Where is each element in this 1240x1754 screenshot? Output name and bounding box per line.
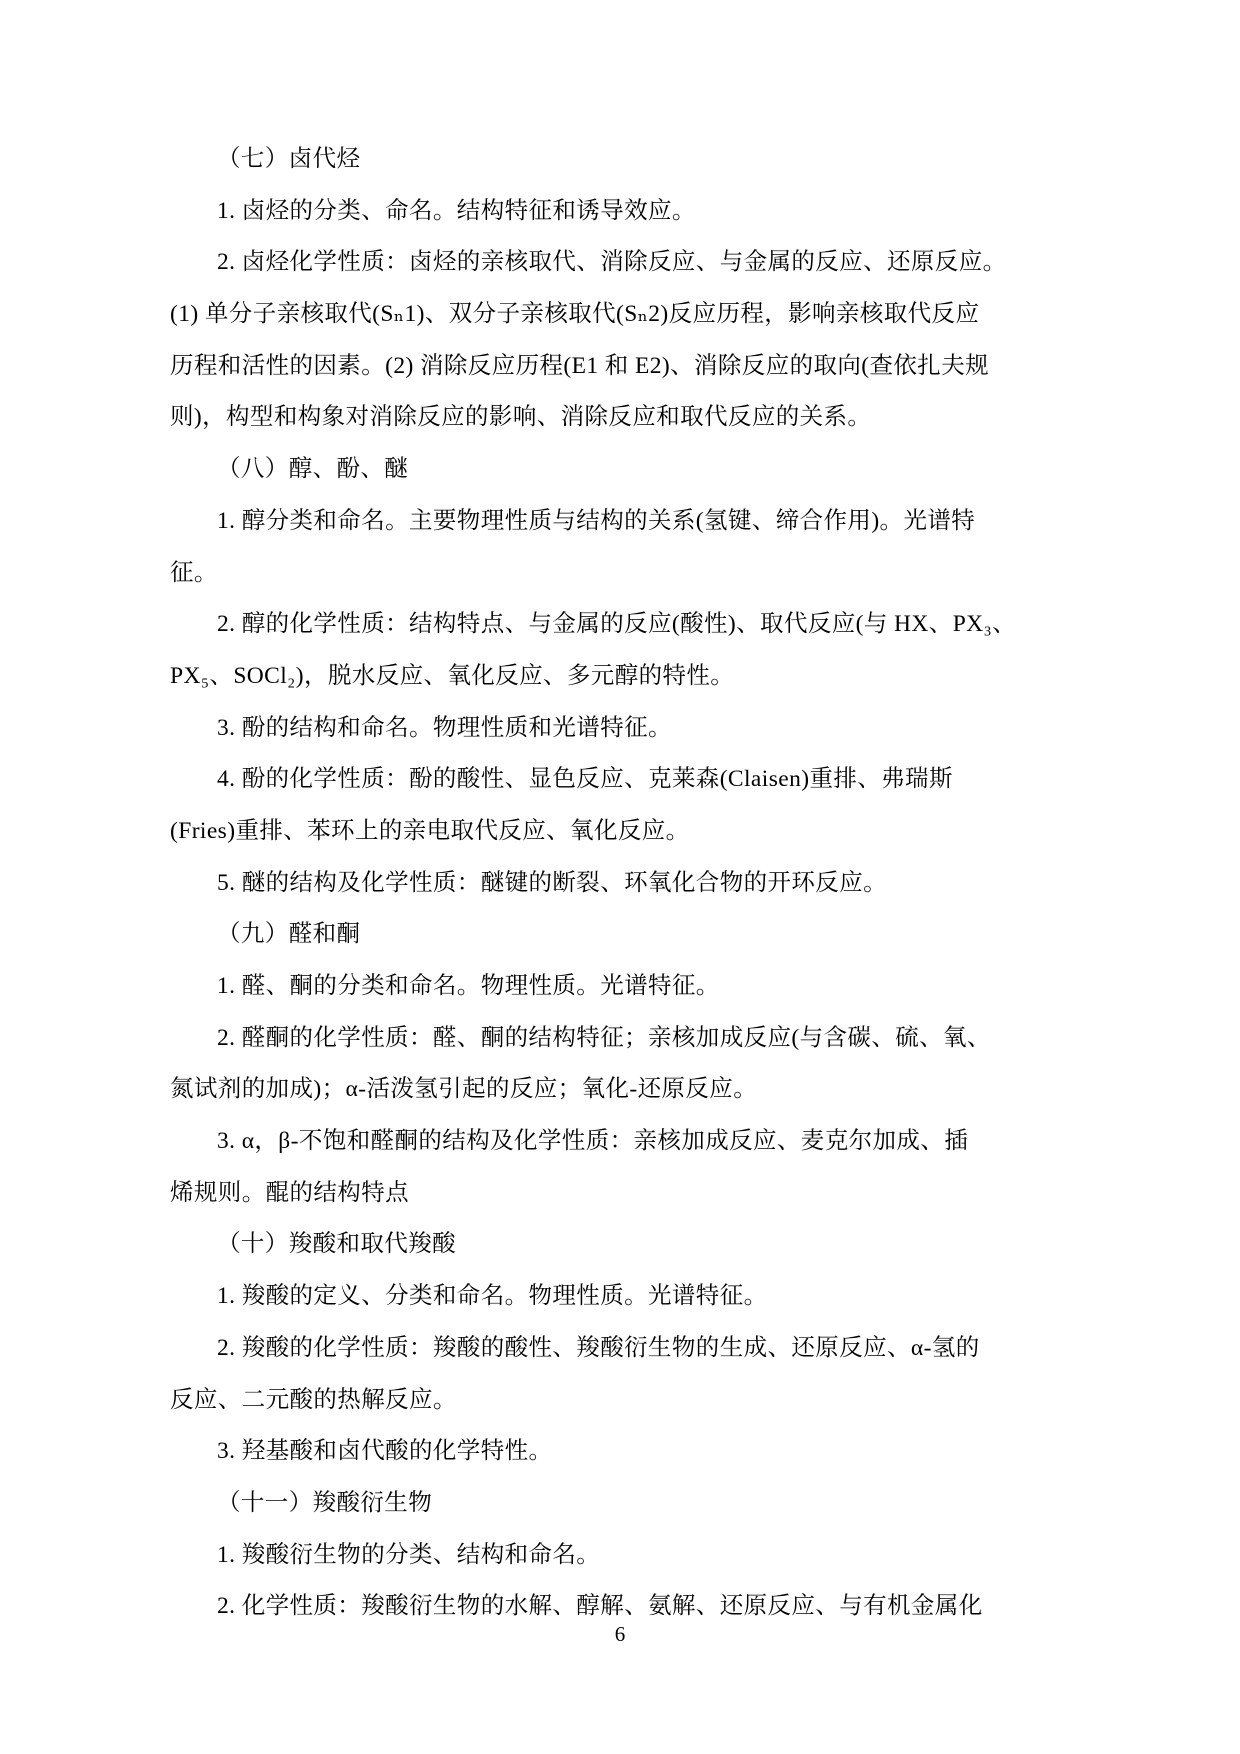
document-body: （七）卤代烃1. 卤烃的分类、命名。结构特征和诱导效应。2. 卤烃化学性质：卤烃…: [170, 134, 1090, 1633]
text-line: 征。: [170, 548, 1090, 600]
text-line: 2. 卤烃化学性质：卤烃的亲核取代、消除反应、与金属的反应、还原反应。: [170, 237, 1090, 289]
text-line: PX₅、SOCl₂)，脱水反应、氧化反应、多元醇的特性。: [170, 651, 1090, 703]
text-line: （七）卤代烃: [170, 134, 1090, 186]
text-line: 1. 羧酸衍生物的分类、结构和命名。: [170, 1530, 1090, 1582]
text-line: 1. 醇分类和命名。主要物理性质与结构的关系(氢键、缔合作用)。光谱特: [170, 496, 1090, 548]
text-line: （八）醇、酚、醚: [170, 444, 1090, 496]
page-footer: 6: [0, 1622, 1240, 1647]
text-line: 历程和活性的因素。(2) 消除反应历程(E1 和 E2)、消除反应的取向(查依扎…: [170, 341, 1090, 393]
text-line: 1. 醛、酮的分类和命名。物理性质。光谱特征。: [170, 961, 1090, 1013]
text-line: 2. 醛酮的化学性质：醛、酮的结构特征；亲核加成反应(与含碳、硫、氧、: [170, 1013, 1090, 1065]
text-line: 3. 酚的结构和命名。物理性质和光谱特征。: [170, 703, 1090, 755]
text-line: 则)，构型和构象对消除反应的影响、消除反应和取代反应的关系。: [170, 392, 1090, 444]
text-line: （十一）羧酸衍生物: [170, 1478, 1090, 1530]
text-line: 2. 羧酸的化学性质：羧酸的酸性、羧酸衍生物的生成、还原反应、α-氢的: [170, 1323, 1090, 1375]
page-number: 6: [615, 1622, 626, 1646]
text-line: (Fries)重排、苯环上的亲电取代反应、氧化反应。: [170, 806, 1090, 858]
text-line: 1. 羧酸的定义、分类和命名。物理性质。光谱特征。: [170, 1271, 1090, 1323]
text-line: 5. 醚的结构及化学性质：醚键的断裂、环氧化合物的开环反应。: [170, 858, 1090, 910]
text-line: 3. 羟基酸和卤代酸的化学特性。: [170, 1426, 1090, 1478]
text-line: (1) 单分子亲核取代(Sₙ1)、双分子亲核取代(Sₙ2)反应历程，影响亲核取代…: [170, 289, 1090, 341]
text-line: 2. 醇的化学性质：结构特点、与金属的反应(酸性)、取代反应(与 HX、PX₃、: [170, 599, 1090, 651]
document-page: （七）卤代烃1. 卤烃的分类、命名。结构特征和诱导效应。2. 卤烃化学性质：卤烃…: [0, 0, 1240, 1754]
text-line: 氮试剂的加成)；α-活泼氢引起的反应；氧化-还原反应。: [170, 1064, 1090, 1116]
text-line: 1. 卤烃的分类、命名。结构特征和诱导效应。: [170, 186, 1090, 238]
text-line: （十）羧酸和取代羧酸: [170, 1219, 1090, 1271]
text-line: 4. 酚的化学性质：酚的酸性、显色反应、克莱森(Claisen)重排、弗瑞斯: [170, 754, 1090, 806]
text-line: 烯规则。醌的结构特点: [170, 1168, 1090, 1220]
text-line: 3. α，β-不饱和醛酮的结构及化学性质：亲核加成反应、麦克尔加成、插: [170, 1116, 1090, 1168]
text-line: （九）醛和酮: [170, 909, 1090, 961]
text-line: 反应、二元酸的热解反应。: [170, 1375, 1090, 1427]
